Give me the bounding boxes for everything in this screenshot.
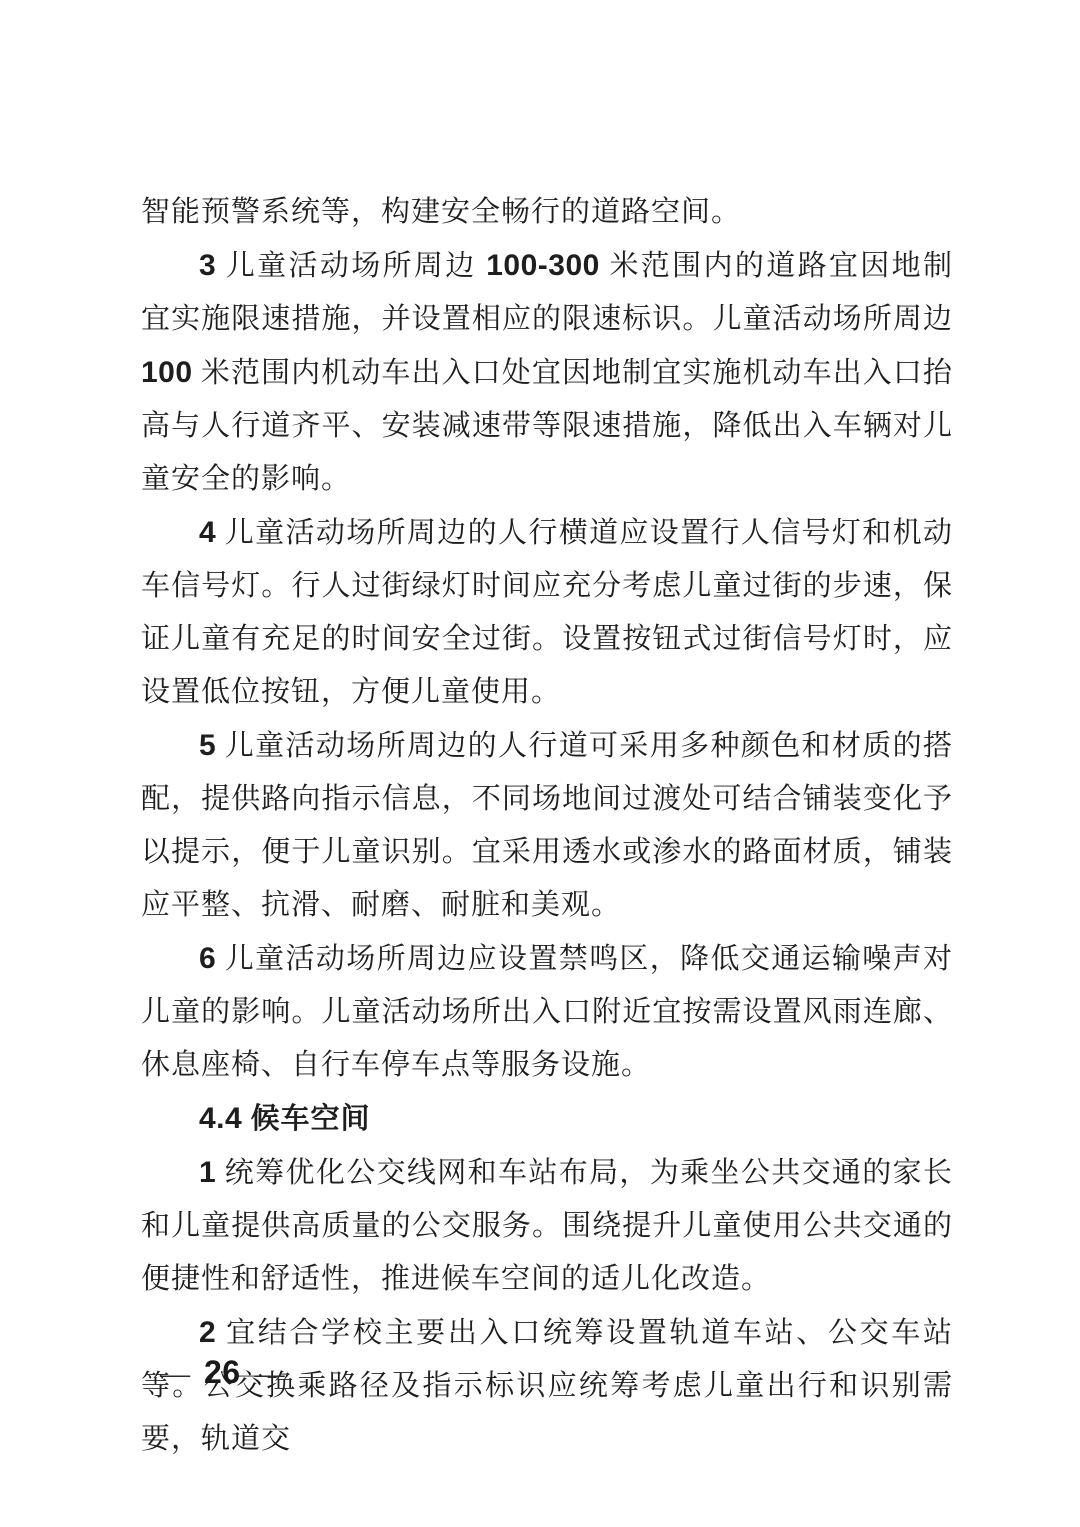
text-run: 儿童活动场所周边的人行横道应设置行人信号灯和机动车信号灯。行人过街绿灯时间应充分… <box>141 517 953 708</box>
numeral: 5 <box>199 729 216 762</box>
text-run: 智能预警系统等，构建安全畅行的道路空间。 <box>141 196 741 228</box>
text-run: 儿童活动场所周边应设置禁鸣区，降低交通运输噪声对儿童的影响。儿童活动场所出入口附… <box>141 943 953 1081</box>
text-run: 儿童活动场所周边的人行道可采用多种颜色和材质的搭配，提供路向指示信息，不同场地间… <box>141 730 953 921</box>
page-number-dash-right: — <box>255 1347 285 1400</box>
numeral: 100-300 <box>486 249 600 282</box>
numeral: 4 <box>199 516 216 549</box>
text-run: 候车空间 <box>242 1103 370 1135</box>
paragraph: 6 儿童活动场所周边应设置禁鸣区，降低交通运输噪声对儿童的影响。儿童活动场所出入… <box>141 932 953 1092</box>
paragraph: 3 儿童活动场所周边 100-300 米范围内的道路宜因地制宜实施限速措施，并设… <box>141 239 953 506</box>
paragraph: 1 统筹优化公交线网和车站布局，为乘坐公共交通的家长和儿童提供高质量的公交服务。… <box>141 1146 953 1306</box>
paragraph: 智能预警系统等，构建安全畅行的道路空间。 <box>141 186 953 239</box>
text-run: 米范围内机动车出入口处宜因地制宜实施机动车出入口抬高与人行道齐平、安装减速带等限… <box>141 357 953 495</box>
page-number-value: 26 <box>204 1346 241 1399</box>
numeral: 1 <box>199 1156 216 1189</box>
numeral: 100 <box>141 356 193 389</box>
page-number-dash-left: — <box>160 1347 190 1400</box>
paragraph: 5 儿童活动场所周边的人行道可采用多种颜色和材质的搭配，提供路向指示信息，不同场… <box>141 719 953 932</box>
numeral: 6 <box>199 942 216 975</box>
numeral: 2 <box>199 1316 216 1349</box>
page-number: — 26 — <box>160 1346 285 1400</box>
document-body: 智能预警系统等，构建安全畅行的道路空间。3 儿童活动场所周边 100-300 米… <box>141 186 953 1466</box>
numeral: 4.4 <box>199 1102 242 1135</box>
paragraph: 4 儿童活动场所周边的人行横道应设置行人信号灯和机动车信号灯。行人过街绿灯时间应… <box>141 506 953 719</box>
section-heading: 4.4 候车空间 <box>141 1092 953 1146</box>
document-page: 智能预警系统等，构建安全畅行的道路空间。3 儿童活动场所周边 100-300 米… <box>0 0 1080 1527</box>
numeral: 3 <box>199 249 216 282</box>
text-run: 儿童活动场所周边 <box>216 250 486 282</box>
text-run: 统筹优化公交线网和车站布局，为乘坐公共交通的家长和儿童提供高质量的公交服务。围绕… <box>141 1157 953 1295</box>
